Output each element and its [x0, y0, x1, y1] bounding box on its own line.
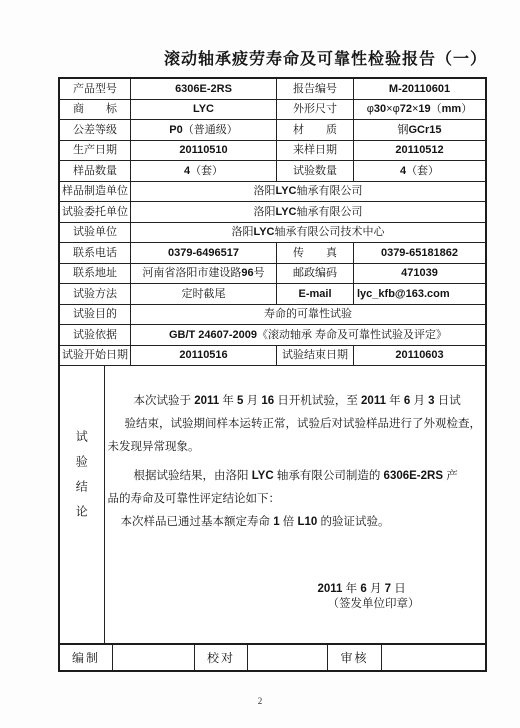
end-date-value: 20110603	[354, 346, 485, 366]
trademark-label: 商 标	[60, 100, 131, 120]
trademark-value: LYC	[131, 100, 277, 120]
fax-label: 传 真	[277, 243, 354, 263]
test-purpose-value: 寿命的可靠性试验	[131, 305, 485, 325]
document-page: 滚动轴承疲劳寿命及可靠性检验报告（一） 产品型号 6306E-2RS 报告编号 …	[0, 0, 520, 728]
test-unit-label: 试验单位	[60, 223, 131, 243]
conclusion-line: 本次试验于 2011 年 5 月 16 日开机试验，至 2011 年 6 月 3…	[108, 390, 482, 413]
report-number-value: M-20110601	[354, 79, 485, 99]
conclusion-line: 本次样品已通过基本额定寿命 1 倍 L10 的验证试验。	[108, 511, 482, 534]
sample-qty-value: 4（套）	[131, 161, 277, 181]
test-basis-value: GB/T 24607-2009《滚动轴承 寿命及可靠性试验及评定》	[131, 325, 485, 345]
table-row: 试验依据 GB/T 24607-2009《滚动轴承 寿命及可靠性试验及评定》	[60, 325, 485, 346]
sample-qty-label: 样品数量	[60, 161, 131, 181]
table-row: 联系电话 0379-6496517 传 真 0379-65181862	[60, 243, 485, 264]
conclusion-label: 试验结论	[60, 366, 105, 643]
prepared-by-label: 编制	[60, 645, 113, 670]
page-number: 2	[0, 696, 520, 706]
table-row: 试验方法 定时截尾 E-mail lyc_kfb@163.com	[60, 284, 485, 305]
client-label: 试验委托单位	[60, 202, 131, 222]
start-date-value: 20110516	[131, 346, 277, 366]
table-row: 产品型号 6306E-2RS 报告编号 M-20110601	[60, 79, 485, 100]
conclusion-line: 验结束，试验期间样本运转正常，试验后对试验样品进行了外观检查，	[108, 413, 482, 436]
phone-value: 0379-6496517	[131, 243, 277, 263]
test-basis-label: 试验依据	[60, 325, 131, 345]
table-row: 样品数量 4（套） 试验数量 4（套）	[60, 161, 485, 182]
signature-block: 2011 年 6 月 7 日 （签发单位印章）	[318, 582, 420, 612]
sample-date-label: 来样日期	[277, 141, 354, 161]
conclusion-line: 品的寿命及可靠性评定结论如下：	[108, 488, 482, 511]
table-row: 试验委托单位 洛阳 LYC 轴承有限公司	[60, 202, 485, 223]
conclusion-line: 根据试验结果，由洛阳 LYC 轴承有限公司制造的 6306E-2RS 产	[108, 465, 482, 488]
email-label: E-mail	[277, 284, 354, 304]
test-qty-value: 4（套）	[354, 161, 485, 181]
tolerance-value: P0（普通级）	[131, 120, 277, 140]
address-value: 河南省洛阳市建设路 96 号	[131, 264, 277, 284]
manufacturer-value: 洛阳 LYC 轴承有限公司	[131, 182, 485, 202]
report-title: 滚动轴承疲劳寿命及可靠性检验报告（一）	[58, 46, 487, 69]
test-method-label: 试验方法	[60, 284, 131, 304]
tolerance-label: 公差等级	[60, 120, 131, 140]
client-value: 洛阳 LYC 轴承有限公司	[131, 202, 485, 222]
reviewed-by-label: 审核	[328, 645, 382, 670]
checked-by-field	[248, 645, 328, 670]
production-date-value: 20110510	[131, 141, 277, 161]
manufacturer-label: 样品制造单位	[60, 182, 131, 202]
test-unit-value: 洛阳 LYC 轴承有限公司技术中心	[131, 223, 485, 243]
production-date-label: 生产日期	[60, 141, 131, 161]
table-row: 联系地址 河南省洛阳市建设路 96 号 邮政编码 471039	[60, 264, 485, 285]
table-row: 试验单位 洛阳 LYC 轴承有限公司技术中心	[60, 223, 485, 244]
seal-note: （签发单位印章）	[318, 597, 420, 612]
prepared-by-field	[113, 645, 195, 670]
test-qty-label: 试验数量	[277, 161, 354, 181]
test-purpose-label: 试验目的	[60, 305, 131, 325]
start-date-label: 试验开始日期	[60, 346, 131, 366]
report-table: 产品型号 6306E-2RS 报告编号 M-20110601 商 标 LYC 外…	[58, 77, 487, 672]
end-date-label: 试验结束日期	[277, 346, 354, 366]
zip-label: 邮政编码	[277, 264, 354, 284]
checked-by-label: 校对	[195, 645, 248, 670]
conclusion-section: 试验结论 本次试验于 2011 年 5 月 16 日开机试验，至 2011 年 …	[60, 366, 485, 645]
email-value: lyc_kfb@163.com	[354, 284, 485, 304]
zip-value: 471039	[354, 264, 485, 284]
table-row: 试验开始日期 20110516 试验结束日期 20110603	[60, 346, 485, 367]
report-number-label: 报告编号	[277, 79, 354, 99]
sample-date-value: 20110512	[354, 141, 485, 161]
product-model-label: 产品型号	[60, 79, 131, 99]
phone-label: 联系电话	[60, 243, 131, 263]
conclusion-line: 未发现异常现象。	[108, 436, 482, 459]
material-label: 材 质	[277, 120, 354, 140]
product-model-value: 6306E-2RS	[131, 79, 277, 99]
dimensions-value: φ30×φ72×19（mm）	[354, 100, 485, 120]
table-row: 生产日期 20110510 来样日期 20110512	[60, 141, 485, 162]
material-value: 钢 GCr15	[354, 120, 485, 140]
table-row: 样品制造单位 洛阳 LYC 轴承有限公司	[60, 182, 485, 203]
address-label: 联系地址	[60, 264, 131, 284]
test-method-value: 定时截尾	[131, 284, 277, 304]
signature-date: 2011 年 6 月 7 日	[318, 582, 420, 597]
table-row: 试验目的 寿命的可靠性试验	[60, 305, 485, 326]
dimensions-label: 外形尺寸	[277, 100, 354, 120]
table-row: 商 标 LYC 外形尺寸 φ30×φ72×19（mm）	[60, 100, 485, 121]
reviewed-by-field	[382, 645, 485, 670]
conclusion-body: 本次试验于 2011 年 5 月 16 日开机试验，至 2011 年 6 月 3…	[105, 366, 486, 643]
fax-value: 0379-65181862	[354, 243, 485, 263]
approval-row: 编制 校对 审核	[60, 645, 485, 670]
table-row: 公差等级 P0（普通级） 材 质 钢 GCr15	[60, 120, 485, 141]
